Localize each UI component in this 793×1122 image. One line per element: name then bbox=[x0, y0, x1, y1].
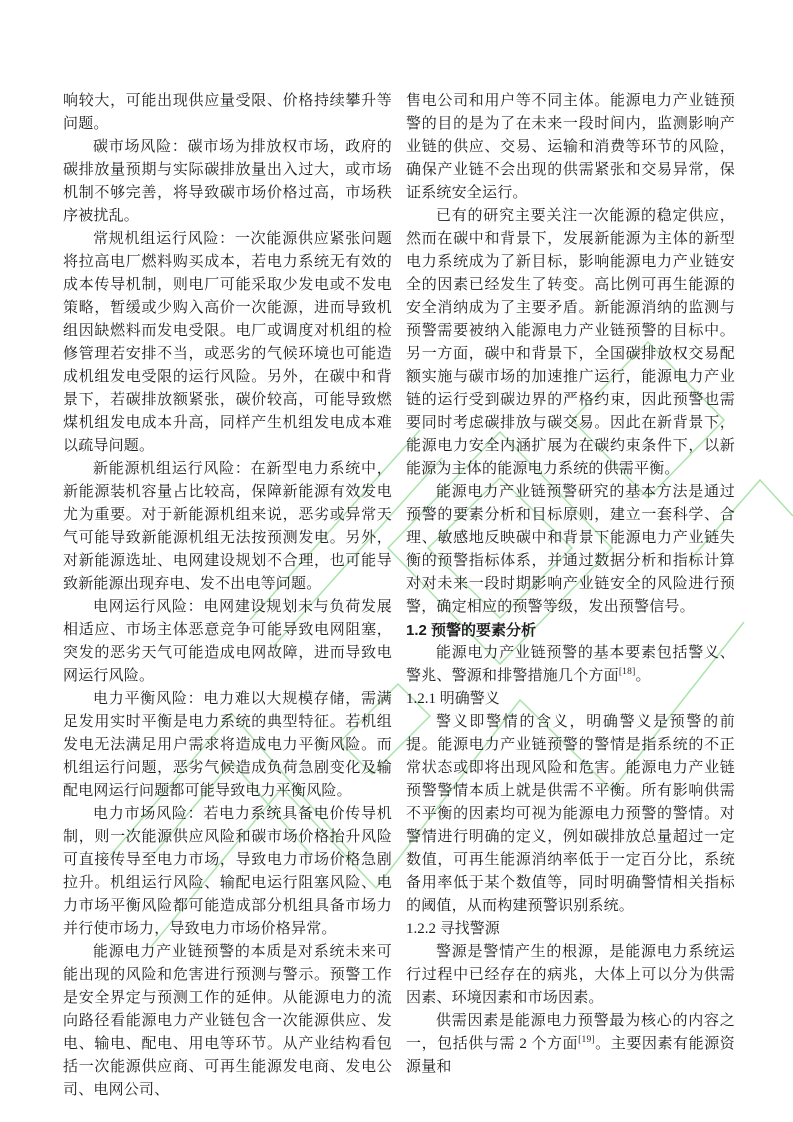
paragraph: 警义即警情的含义，明确警义是预警的前提。能源电力产业链预警的警情是指系统的不正常… bbox=[406, 711, 735, 918]
paragraph: 碳市场风险：碳市场为排放权市场，政府的碳排放量预期与实际碳排放量出入过大，或市场… bbox=[63, 136, 392, 228]
section-heading: 1.2 预警的要素分析 bbox=[406, 619, 735, 642]
paragraph: 新能源机组运行风险：在新型电力系统中，新能源装机容量占比较高，保障新能源有效发电… bbox=[63, 458, 392, 596]
subsection-heading: 1.2.1 明确警义 bbox=[406, 688, 735, 711]
paragraph: 警源是警情产生的根源，是能源电力系统运行过程中已经存在的病兆，大体上可以分为供需… bbox=[406, 941, 735, 1010]
document-page: 响较大，可能出现供应量受限、价格持续攀升等问题。碳市场风险：碳市场为排放权市场，… bbox=[0, 0, 793, 1122]
citation-reference: [18] bbox=[619, 667, 636, 677]
citation-reference: [19] bbox=[578, 1035, 595, 1045]
right-column: 售电公司和用户等不同主体。能源电力产业链预警的目的是为了在未来一段时间内，监测影… bbox=[406, 90, 735, 1102]
paragraph: 电力市场风险：若电力系统具备电价传导机制，则一次能源供应风险和碳市场价格抬升风险… bbox=[63, 803, 392, 941]
two-column-text: 响较大，可能出现供应量受限、价格持续攀升等问题。碳市场风险：碳市场为排放权市场，… bbox=[63, 90, 735, 1102]
paragraph: 电网运行风险：电网建设规划未与负荷发展相适应、市场主体恶意竞争可能导致电网阻塞，… bbox=[63, 596, 392, 688]
paragraph: 常规机组运行风险：一次能源供应紧张问题将拉高电厂燃料购买成本，若电力系统无有效的… bbox=[63, 228, 392, 458]
paragraph: 售电公司和用户等不同主体。能源电力产业链预警的目的是为了在未来一段时间内，监测影… bbox=[406, 90, 735, 205]
paragraph: 能源电力产业链预警的本质是对系统未来可能出现的风险和危害进行预测与警示。预警工作… bbox=[63, 941, 392, 1102]
left-column: 响较大，可能出现供应量受限、价格持续攀升等问题。碳市场风险：碳市场为排放权市场，… bbox=[63, 90, 392, 1102]
subsection-heading: 1.2.2 寻找警源 bbox=[406, 918, 735, 941]
paragraph: 能源电力产业链预警研究的基本方法是通过预警的要素分析和目标原则，建立一套科学、合… bbox=[406, 481, 735, 619]
paragraph: 电力平衡风险：电力难以大规模存储，需满足发用实时平衡是电力系统的典型特征。若机组… bbox=[63, 688, 392, 803]
paragraph: 响较大，可能出现供应量受限、价格持续攀升等问题。 bbox=[63, 90, 392, 136]
paragraph: 供需因素是能源电力预警最为核心的内容之一，包括供与需 2 个方面[19]。主要因… bbox=[406, 1010, 735, 1079]
paragraph: 能源电力产业链预警的基本要素包括警义、警兆、警源和排警措施几个方面[18]。 bbox=[406, 642, 735, 688]
paragraph: 已有的研究主要关注一次能源的稳定供应，然而在碳中和背景下，发展新能源为主体的新型… bbox=[406, 205, 735, 481]
